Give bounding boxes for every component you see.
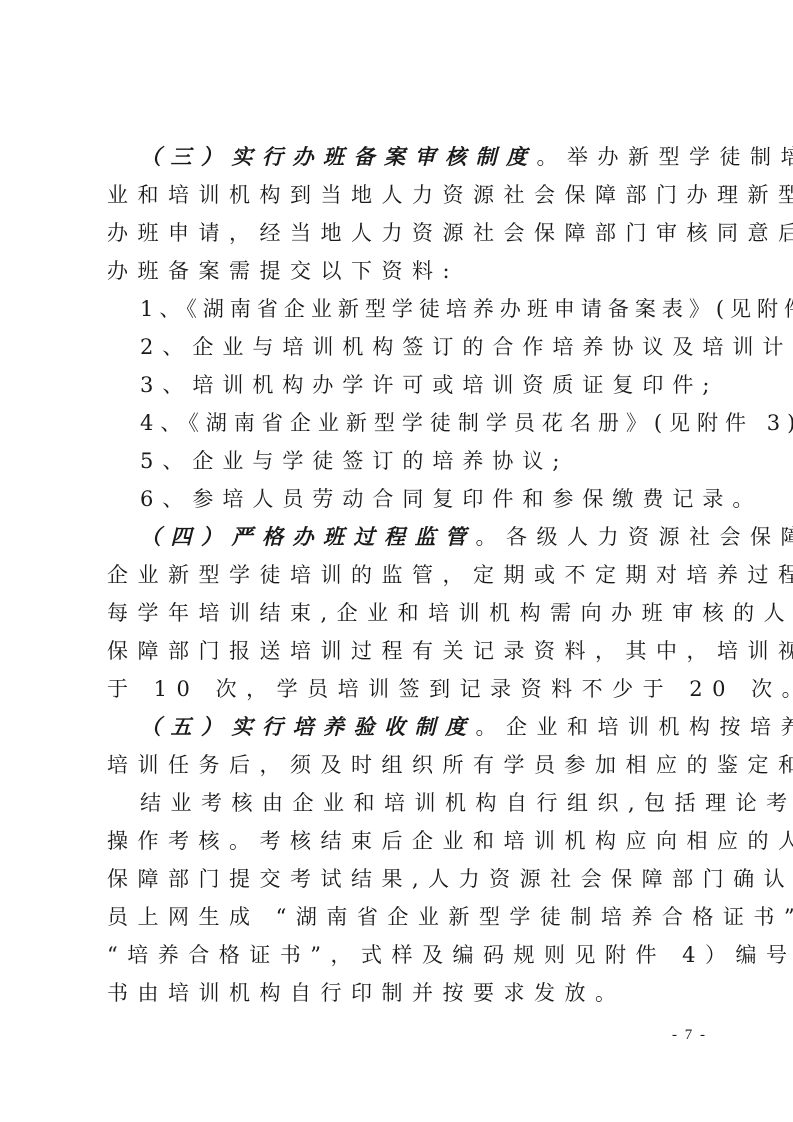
section-4-line-5: 于 10 次，学员培训签到记录资料不少于 20 次。 <box>107 670 793 708</box>
document-page: （三）实行办班备案审核制度。举办新型学徒制培训，由企 业和培训机构到当地人力资源… <box>0 0 793 1122</box>
section-4-line-1: （四）严格办班过程监管。各级人力资源社会保障部门加强 <box>140 518 697 556</box>
section-3-line-3: 办班申请，经当地人力资源社会保障部门审核同意后方可开班。 <box>107 214 697 252</box>
section-5-heading: （五）实行培养验收制度 <box>140 715 476 739</box>
section-4-line-3: 每学年培训结束,企业和培训机构需向办班审核的人力资源社会 <box>107 594 697 632</box>
section-5-line-3: 结业考核由企业和培训机构自行组织,包括理论考试和实际 <box>140 784 697 822</box>
page-number: - 7 - <box>672 1027 707 1044</box>
list-item-1: 1、《湖南省企业新型学徒培养办班申请备案表》(见附件 2); <box>140 290 793 328</box>
list-item-3: 3、培训机构办学许可或培训资质证复印件; <box>140 366 718 404</box>
section-5-line-8: 书由培训机构自行印制并按要求发放。 <box>107 974 626 1012</box>
section-5-line-6: 员上网生成 “湖南省企业新型学徒制培养合格证书”（以下简称 <box>107 898 697 936</box>
section-4-text: 。各级人力资源社会保障部门加强 <box>476 525 793 549</box>
section-5-line-5: 保障部门提交考试结果,人力资源社会保障部门确认后为合格人 <box>107 860 697 898</box>
section-5-line-1: （五）实行培养验收制度。企业和培训机构按培养计划完成 <box>140 708 697 746</box>
section-3-line-4: 办班备案需提交以下资料: <box>107 252 459 290</box>
section-4-heading: （四）严格办班过程监管 <box>140 525 476 549</box>
list-item-4: 4、《湖南省企业新型学徒制学员花名册》(见附件 3); <box>140 404 793 442</box>
list-item-2: 2、企业与培训机构签订的合作培养协议及培训计划; <box>140 328 793 366</box>
section-5-line-4: 操作考核。考核结束后企业和培训机构应向相应的人力资源社会 <box>107 822 697 860</box>
section-3-text: 。举办新型学徒制培训，由企 <box>537 145 793 169</box>
section-5-line-7: “培养合格证书”，式样及编码规则见附件 4）编号。培养合格证 <box>107 936 697 974</box>
section-5-text: 。企业和培训机构按培养计划完成 <box>476 715 793 739</box>
section-3-line-1: （三）实行办班备案审核制度。举办新型学徒制培训，由企 <box>140 138 697 176</box>
list-item-5: 5、企业与学徒签订的培养协议; <box>140 442 568 480</box>
section-3-heading: （三）实行办班备案审核制度 <box>140 145 537 169</box>
section-4-line-4: 保障部门报送培训过程有关记录资料，其中，培训视频资料不少 <box>107 632 697 670</box>
section-3-line-2: 业和培训机构到当地人力资源社会保障部门办理新型学徒培训 <box>107 176 697 214</box>
section-4-line-2: 企业新型学徒培训的监管，定期或不定期对培养过程监督检查。 <box>107 556 697 594</box>
list-item-6: 6、参培人员劳动合同复印件和参保缴费记录。 <box>140 480 762 518</box>
section-5-line-2: 培训任务后，须及时组织所有学员参加相应的鉴定和结业考核。 <box>107 746 697 784</box>
